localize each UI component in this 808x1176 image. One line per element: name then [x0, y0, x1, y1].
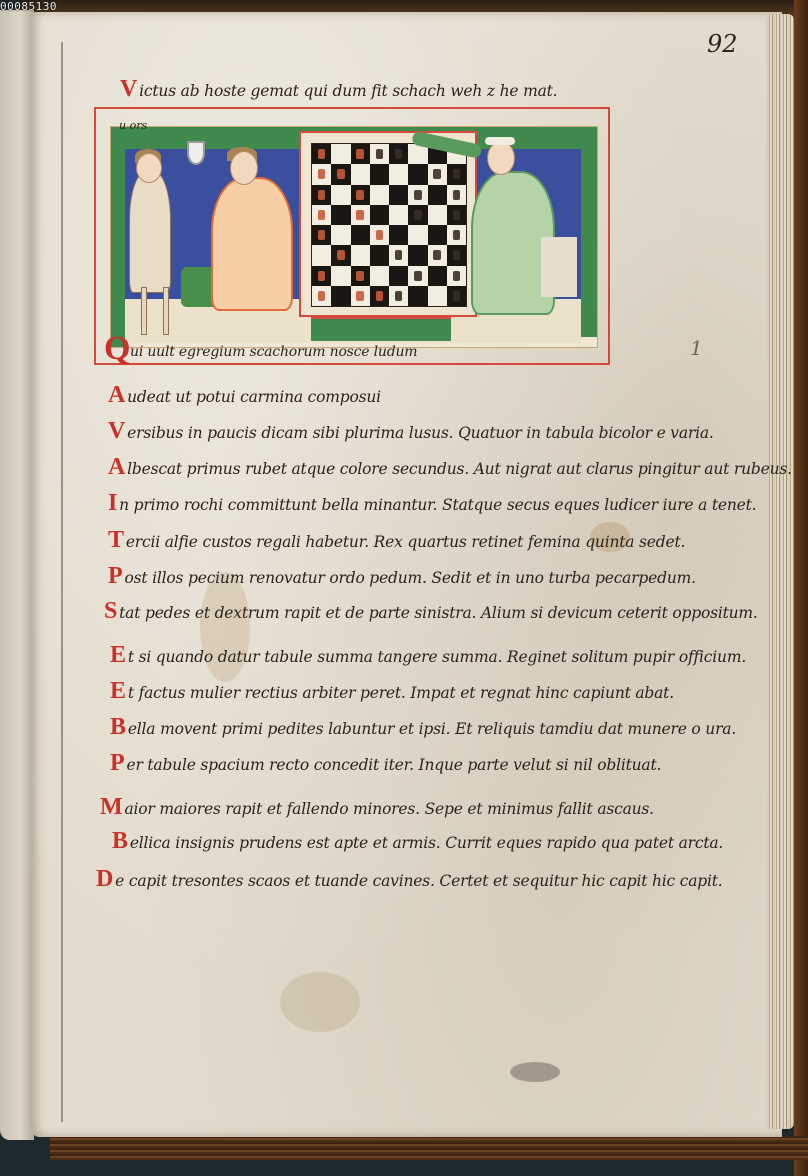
chess-square [312, 245, 331, 265]
woman-seat [541, 237, 577, 297]
line-text: ictus ab hoste gemat qui dum fit schach … [139, 82, 557, 100]
chess-square [389, 185, 408, 205]
chess-square [408, 286, 427, 306]
chess-square [351, 266, 370, 286]
chess-square [351, 225, 370, 245]
stain [510, 1062, 560, 1082]
chess-square [408, 266, 427, 286]
chess-square [331, 185, 350, 205]
chess-square [312, 164, 331, 184]
chess-square [370, 164, 389, 184]
text-line: Et si quando datur tabule summa tangere … [110, 642, 746, 669]
chess-square [408, 225, 427, 245]
line-text: t si quando datur tabule summa tangere s… [128, 648, 746, 666]
chess-square [389, 144, 408, 164]
margin-mark: 1 [690, 336, 703, 360]
text-line: ui uult egregium scachorum nosce ludum [130, 344, 417, 360]
chess-square [447, 225, 466, 245]
chessboard-stand [311, 317, 451, 341]
seated-player-robe [211, 177, 293, 311]
chess-piece-icon [414, 210, 422, 220]
chess-piece-icon [318, 169, 326, 179]
red-initial: E [110, 642, 126, 668]
chess-piece-icon [395, 250, 403, 260]
chess-square [351, 164, 370, 184]
red-initial: V [120, 76, 137, 102]
red-initial: A [108, 382, 125, 408]
chess-piece-icon [318, 230, 326, 240]
folio-number: 92 [707, 30, 738, 58]
chess-square [312, 185, 331, 205]
chess-square [370, 286, 389, 306]
red-initial: S [104, 598, 117, 624]
chess-piece-icon [356, 190, 364, 200]
green-border-right [581, 127, 597, 337]
red-initial: M [100, 794, 122, 820]
chess-piece-icon [356, 271, 364, 281]
line-text: ercii alfie custos regali habetur. Rex q… [126, 533, 685, 551]
chess-square [428, 205, 447, 225]
chess-square [447, 286, 466, 306]
chess-square [428, 286, 447, 306]
chess-square [428, 225, 447, 245]
red-initial: I [108, 490, 117, 516]
page-edges [766, 14, 794, 1129]
chess-piece-icon [356, 149, 364, 159]
red-initial: B [112, 828, 128, 854]
chess-square [312, 225, 331, 245]
red-initial: A [108, 454, 125, 480]
chess-square [312, 286, 331, 306]
chess-square [447, 245, 466, 265]
chess-piece-icon [376, 230, 384, 240]
chess-piece-icon [453, 169, 461, 179]
chess-square [370, 144, 389, 164]
text-line: Albescat primus rubet atque colore secun… [108, 454, 792, 481]
chess-piece-icon [318, 271, 326, 281]
line-text: udeat ut potui carmina composui [127, 388, 381, 406]
line-text: ella movent primi pedites labuntur et ip… [128, 720, 736, 738]
chess-square [351, 286, 370, 306]
chess-piece-icon [395, 291, 403, 301]
chess-square [331, 266, 350, 286]
chess-square [447, 164, 466, 184]
chess-square [351, 185, 370, 205]
chess-square [389, 245, 408, 265]
chess-square [351, 245, 370, 265]
line-text: aior maiores rapit et fallendo minores. … [124, 800, 653, 818]
line-text: tat pedes et dextrum rapit et de parte s… [119, 604, 757, 622]
red-initial: D [96, 866, 113, 892]
woman-headband [485, 137, 515, 145]
chess-square [370, 185, 389, 205]
chess-piece-icon [318, 210, 326, 220]
chess-piece-icon [453, 190, 461, 200]
chess-square [312, 266, 331, 286]
book-binding-right [794, 0, 808, 1176]
chess-piece-icon [318, 291, 326, 301]
text-line: Post illos pecium renovatur ordo pedum. … [108, 563, 696, 590]
attendant-leg [141, 287, 147, 335]
chess-square [408, 205, 427, 225]
chess-piece-icon [356, 210, 364, 220]
line-text: n primo rochi committunt bella minantur.… [119, 496, 756, 514]
chess-square [389, 225, 408, 245]
chess-square [331, 144, 350, 164]
text-line: Bella movent primi pedites labuntur et i… [110, 714, 736, 741]
chess-square [428, 245, 447, 265]
text-line: In primo rochi committunt bella minantur… [108, 490, 756, 517]
chess-square [389, 266, 408, 286]
chess-miniature: u ors [110, 126, 598, 348]
red-initial: P [108, 563, 122, 589]
line-text: ellica insignis prudens est apte et armi… [130, 834, 723, 852]
chess-square [447, 266, 466, 286]
chess-piece-icon [453, 230, 461, 240]
line-text: ost illos pecium renovatur ordo pedum. S… [124, 569, 695, 587]
chess-square [408, 164, 427, 184]
red-initial: B [110, 714, 126, 740]
chess-piece-icon [453, 250, 461, 260]
gutter-line [61, 42, 63, 1122]
chess-square [408, 185, 427, 205]
text-line: Maior maiores rapit et fallendo minores.… [100, 794, 654, 821]
attendant-figure [129, 171, 171, 293]
line-text: ersibus in paucis dicam sibi plurima lus… [127, 424, 713, 442]
red-initial: V [108, 418, 125, 444]
chess-piece-icon [356, 291, 364, 301]
chess-piece-icon [453, 291, 461, 301]
text-line: De capit tresontes scaos et tuande cavin… [96, 866, 723, 893]
chess-piece-icon [337, 169, 345, 179]
chess-piece-icon [453, 210, 461, 220]
chess-square [312, 144, 331, 164]
line-text: t factus mulier rectius arbiter peret. I… [128, 684, 674, 702]
chess-piece-icon [337, 250, 345, 260]
line-text: lbescat primus rubet atque colore secund… [127, 460, 792, 478]
chess-square [389, 205, 408, 225]
stain [280, 972, 360, 1032]
chess-square [331, 225, 350, 245]
image-id-label: 00085130 [0, 0, 57, 13]
miniature-inscription: u ors [119, 119, 147, 132]
chess-square [389, 164, 408, 184]
chess-square [447, 185, 466, 205]
chess-piece-icon [433, 169, 441, 179]
chess-square [370, 266, 389, 286]
chess-piece-icon [395, 149, 403, 159]
attendant-leg [163, 287, 169, 335]
text-line: Et factus mulier rectius arbiter peret. … [110, 678, 674, 705]
left-page-edge [0, 10, 34, 1140]
text-line: Tercii alfie custos regali habetur. Rex … [108, 527, 685, 554]
chess-piece-icon [414, 271, 422, 281]
chess-square [370, 225, 389, 245]
text-line: Stat pedes et dextrum rapit et de parte … [104, 598, 758, 625]
line-text: e capit tresontes scaos et tuande cavine… [115, 872, 722, 890]
chess-piece-icon [376, 149, 384, 159]
line-text: er tabule spacium recto concedit iter. I… [126, 756, 661, 774]
chessboard-frame [299, 131, 477, 317]
chess-square [428, 164, 447, 184]
text-line: Audeat ut potui carmina composui [108, 382, 381, 409]
chess-piece-icon [318, 149, 326, 159]
green-border-left [111, 127, 125, 347]
chess-square [331, 286, 350, 306]
chessboard [311, 143, 467, 307]
chess-square [312, 205, 331, 225]
book-binding-bottom [50, 1136, 808, 1160]
text-line: Victus ab hoste gemat qui dum fit schach… [120, 76, 557, 103]
chess-square [428, 266, 447, 286]
red-initial: P [110, 750, 124, 776]
text-line: Per tabule spacium recto concedit iter. … [110, 750, 661, 777]
chess-piece-icon [376, 291, 384, 301]
chess-square [389, 286, 408, 306]
woman-head [487, 141, 515, 175]
player-head [230, 151, 258, 185]
red-initial-q: Q [104, 330, 130, 368]
chess-square [408, 245, 427, 265]
chess-square [370, 205, 389, 225]
goblet-icon [187, 141, 205, 165]
red-initial: E [110, 678, 126, 704]
chess-piece-icon [414, 190, 422, 200]
red-initial: T [108, 527, 124, 553]
attendant-head [136, 153, 162, 183]
chess-square [428, 185, 447, 205]
chess-square [331, 245, 350, 265]
chess-piece-icon [433, 250, 441, 260]
chess-piece-icon [453, 271, 461, 281]
text-line: Versibus in paucis dicam sibi plurima lu… [108, 418, 714, 445]
text-line: Bellica insignis prudens est apte et arm… [112, 828, 723, 855]
chess-square [331, 205, 350, 225]
chess-piece-icon [318, 190, 326, 200]
chess-square [331, 164, 350, 184]
chess-square [370, 245, 389, 265]
line-text: ui uult egregium scachorum nosce ludum [130, 344, 417, 360]
chess-square [447, 205, 466, 225]
chess-square [351, 205, 370, 225]
chess-square [351, 144, 370, 164]
